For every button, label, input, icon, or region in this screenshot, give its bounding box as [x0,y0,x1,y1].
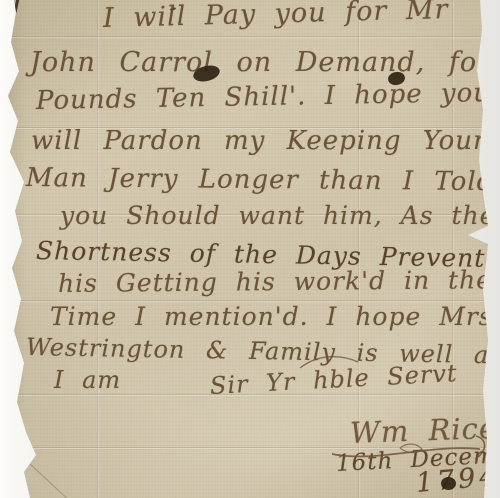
fold-crease [0,36,500,37]
manuscript-line-3: Pounds Ten Shill'. I hope you [36,78,492,116]
ink-blot [441,477,456,490]
edge-pen-mark [13,0,19,13]
letter-paper: I will Pay you for Mr John Carrol on Dem… [0,0,500,498]
date-year: 1794 [415,461,500,498]
manuscript-line-6: you Should want him, As the [60,201,495,230]
manuscript-line-2: John Carrol on Demand, four [30,47,500,78]
scanned-letter: I will Pay you for Mr John Carrol on Dem… [0,0,500,498]
manuscript-line-5: Man Jerry Longer than I Told [26,163,495,197]
manuscript-line-1: I will Pay you for Mr [103,0,449,34]
manuscript-line-9: Time I mention'd. I hope Mrs [50,302,493,331]
manuscript-line-11: I am [54,366,121,394]
manuscript-line-4: will Pardon my Keeping Your [31,126,486,156]
torn-corner-fold [17,452,69,498]
fold-crease [0,300,500,301]
manuscript-line-8: his Getting his work'd in the [58,265,492,298]
